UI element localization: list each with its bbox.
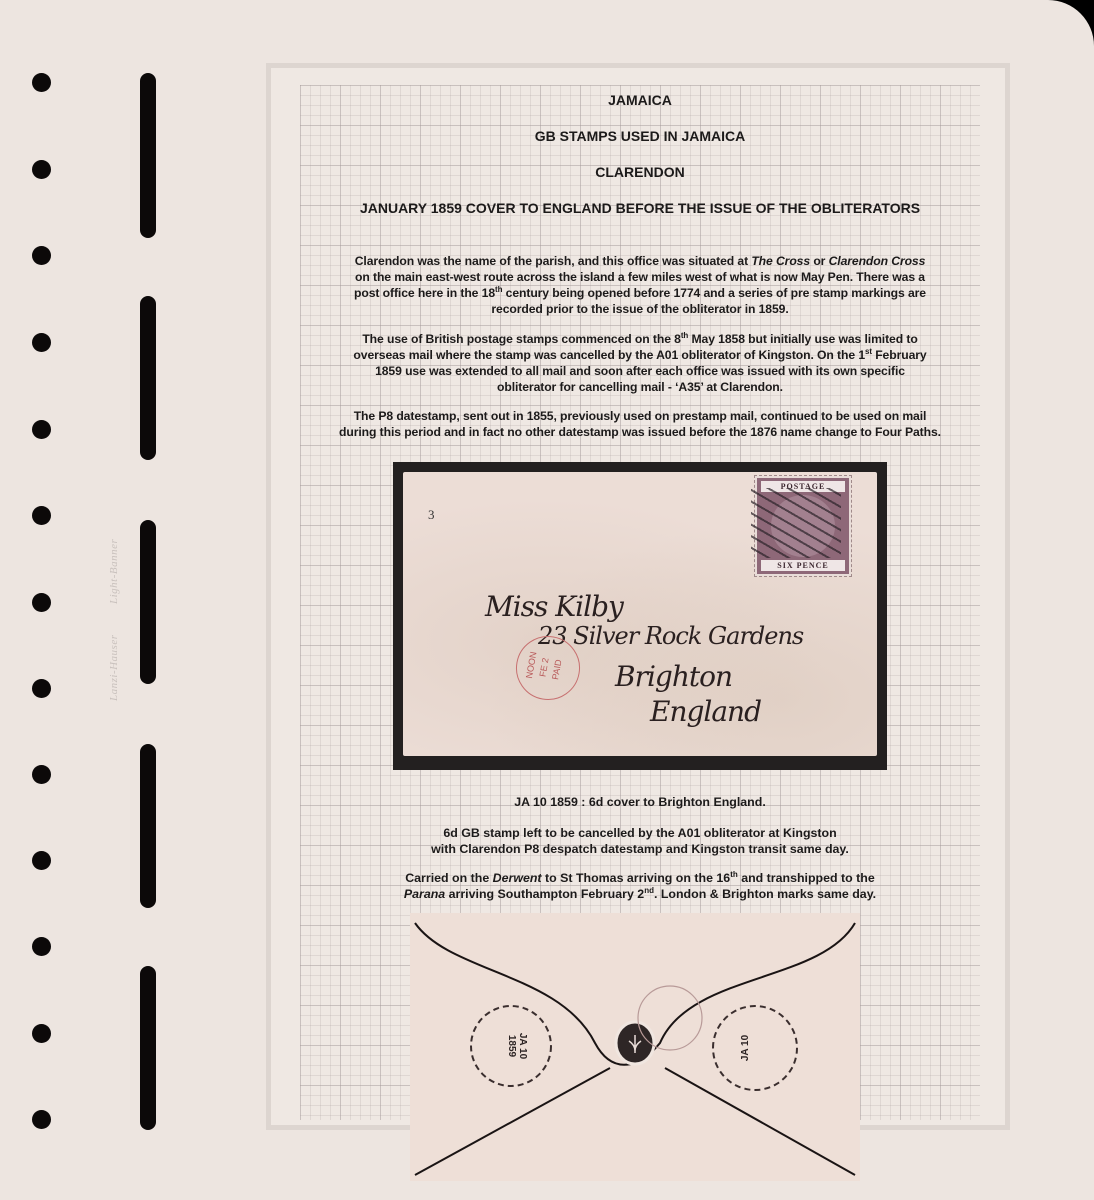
address-line: Miss Kilby [485, 590, 623, 623]
watermark-text: Lanzi-Hauser [108, 634, 132, 701]
obliterator-bars [751, 488, 841, 558]
paragraph-history: Clarendon was the name of the parish, an… [300, 253, 980, 317]
address-line: England [650, 695, 761, 728]
binder-slot [140, 296, 156, 460]
binder-slot [140, 520, 156, 684]
binder-slot [140, 73, 156, 238]
back-cover-image: JA 10 1859 JA 10 [410, 913, 860, 1181]
heading-office: CLARENDON [300, 164, 980, 180]
punch-hole [32, 160, 51, 179]
side-watermark: Lanzi-Hauser Light-Banner [108, 510, 132, 730]
caption-cancellation: 6d GB stamp left to be cancelled by the … [300, 825, 980, 857]
punch-hole [32, 765, 51, 784]
address-line: 23 Silver Rock Gardens [538, 622, 803, 650]
punch-hole [32, 246, 51, 265]
heading-country: JAMAICA [300, 92, 980, 108]
punch-hole [32, 420, 51, 439]
binder-slot [140, 744, 156, 908]
watermark-text: Light-Banner [108, 539, 132, 604]
paragraph-datestamp: The P8 datestamp, sent out in 1855, prev… [300, 408, 980, 440]
punch-hole [32, 73, 51, 92]
binder-slot [140, 966, 156, 1130]
six-pence-stamp: POSTAGE SIX PENCE [755, 476, 851, 576]
clarendon-postmark: JA 10 [712, 1005, 798, 1091]
paragraph-stamps-usage: The use of British postage stamps commen… [300, 331, 980, 395]
punch-hole [32, 593, 51, 612]
punch-hole [32, 333, 51, 352]
punch-hole [32, 1024, 51, 1043]
punch-hole [32, 679, 51, 698]
manuscript-mark: 3 [428, 507, 435, 523]
stamp-bottom-label: SIX PENCE [761, 560, 845, 571]
kingston-postmark: JA 10 1859 [470, 1005, 552, 1087]
punch-hole [32, 851, 51, 870]
caption-date: JA 10 1859 : 6d cover to Brighton Englan… [300, 794, 980, 810]
album-page: Lanzi-Hauser Light-Banner JAMAICA GB STA… [0, 0, 1094, 1200]
address-line: Brighton [615, 660, 732, 693]
caption-route: Carried on the Derwent to St Thomas arri… [300, 870, 980, 902]
heading-subtitle: GB STAMPS USED IN JAMAICA [300, 128, 980, 144]
punch-hole [32, 506, 51, 525]
page-title: JANUARY 1859 COVER TO ENGLAND BEFORE THE… [300, 200, 980, 216]
punch-hole [32, 1110, 51, 1129]
punch-hole [32, 937, 51, 956]
